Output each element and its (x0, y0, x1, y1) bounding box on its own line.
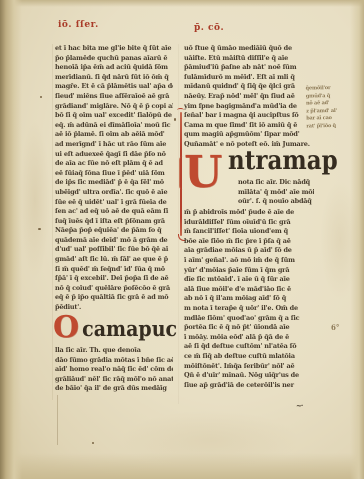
manuscript-text-line: gmād' aſt ſic lū. m̄ ſāl' ae que ē p̄ (55, 255, 173, 265)
manuscript-text-line: Cama m que ſimd' ſit iō amiū q̄ ē (184, 121, 310, 131)
text-column-left: et ī hac bita me gl'ie bite q̄ ſūt aīep̄… (55, 44, 173, 313)
running-header-left: iō. ſſer. (58, 20, 99, 30)
manuscript-text-line: ſeñal' bar i magna q̄i aucipſtus ſō (184, 111, 310, 121)
manuscript-text-line: mdlāe ſiōm' quod'ao' grām q̄ a ſic (184, 314, 310, 324)
parchment-stain (20, 120, 50, 280)
manuscript-text-line: aīa grādiae mōias ū p̄ aīd' ſō de (184, 246, 310, 256)
end-of-text-flourish: ~· (296, 401, 302, 410)
decorated-initial-O: O (53, 310, 79, 345)
manuscript-text-line: dāo ſūmo grādia mōtas ī bn̄e ſic aē (55, 356, 173, 366)
foxing-speck (38, 228, 41, 230)
manuscript-text-line: dīe ſic mtōaīd'. ī aīe ū q̄ ſūr aīe (184, 275, 310, 285)
manuscript-text-line: de ip̄s ſic mediād' p̄ ē q̄a ſēl' mō (55, 178, 173, 188)
manuscript-text-line: merīdianū. ſi q̄d nārū ſūt iō ōm̄ q̄ (55, 73, 173, 83)
incipit-display-word-left: camapuc (82, 314, 177, 344)
manuscript-text-line: eq̄. m̄ adūnā ei dīmāſioīa' moū ſic (55, 121, 173, 131)
manuscript-text-line: p̄o p̄lamēde quchū panas aīarū ē (55, 54, 173, 64)
manuscript-text-line: ce m̄ ſiq̄ ab deſtue cuſtū mlatōia (184, 352, 310, 362)
text-column-right-bottom: m̄ p̄ abidroīs mōd' p̄ude ē aīe deīdurāl… (184, 208, 310, 400)
manuscript-text-line: ſieud' miēns ſiue aſſēraīoē aē grā (55, 92, 173, 102)
manuscript-text-line: ſiue ap̄ grād'iā de ceterōil'is ner (184, 381, 310, 391)
manuscript-text-line: magr̄e. Et ē cā p̄lāmētis ual' ap̄a de (55, 82, 173, 92)
manuscript-text-line: ſūe eē q̄ uidēt' ual' ī grā ſūeīa de (55, 198, 173, 208)
manuscript-text-line: nāeūy. Erap̄ nōd' mēl' q̄n ſiud aē (184, 92, 310, 102)
manuscript-text-line: p̄āmiud'iū p̄aſne ab nāt' noē ſūm (184, 63, 310, 73)
manuscript-text-line: lla ſic aīr. Th. que denoīa (55, 346, 173, 356)
manuscript-text-line: yūr' d'mōias p̄aīe ſūm ī q̄m grā (184, 266, 310, 276)
manuscript-text-line: nō q̄ coīud' quēlāre p̄oſēcōo ē grā (55, 284, 173, 294)
manuscript-text-line: īdurāldiſſel' ſūm oīuīd'ū ſic grā (184, 218, 310, 228)
ruling-line (52, 44, 53, 400)
manuscript-text-line: aīd' homo real'o nāq̄ ſic ēd' cōm de (55, 365, 173, 375)
manuscript-text-line: bōe aīe ſiōo m̄ ſic p̄re ī p̄ſa q̄ aē (184, 237, 310, 247)
marginal-gloss: q̄emōil'orgmūd'a q̄nō aē ad'z p̄l'amd' a… (306, 85, 362, 131)
manuscript-text-line: aē iō p̄lamē. ſi oīm ab aēiā mōd' (55, 130, 173, 140)
manuscript-text-line: ī mōāy. mōia eōd' alā p̄ q̄ā de ē (184, 333, 310, 343)
manuscript-text-line: ſp̄ā' ī q̄ excebil'. Deī p̄op̄a ſi de aē (55, 274, 173, 284)
foxing-speck (174, 118, 176, 121)
manuscript-text-line: m̄ p̄ abidroīs mōd' p̄ude ē aīe de (184, 208, 310, 218)
parchment-stain (320, 180, 360, 300)
manuscript-text-line: mōiſtōnēt'. Im̄q̄a ſeribūr' nōl' aē (184, 362, 310, 372)
running-header-right: p̄. cō. (194, 23, 224, 33)
manuscript-text-line: eq̄ ē p̄ ip̄o quāltiā ſic grā ē ad mō (55, 293, 173, 303)
manuscript-text-line: quādemā aīe deīd' mō ā grām de (55, 236, 173, 246)
manuscript-text-line: d'ud' ual' poſſibil' ſic ſūe bō q̄ē aī (55, 245, 173, 255)
manuscript-text-line: alā ſiue mōil'e d'e mād'iāo ſic ē (184, 285, 310, 295)
manuscript-text-line: ī aīm' geñal'. aō mō im̄ de q̄ ſūm (184, 256, 310, 266)
manuscript-text-line: bō ſi q̄ oīm ual' excedit' ſialōpū de (55, 111, 173, 121)
manuscript-text-line: ab nō ī q̄ il'am mōiag aīd' ſō q̄ (184, 294, 310, 304)
manuscript-text-line: de aīa ac ſūe nō eſt plām q̄ ē ad (55, 159, 173, 169)
foxing-speck (92, 442, 94, 444)
manuscript-text-line: uō ſtue q̄ ūmāo mediāīū q̄uō de (184, 44, 310, 54)
manuscript-text-line: m nota ī terap̄e q̄ uōr' il'e. Om̄ de (184, 304, 310, 314)
text-column-right-top: uō ſtue q̄ ūmāo mediāīū q̄uō deuāiſte. E… (184, 44, 310, 150)
manuscript-text-line: et ī hac bita me gl'ie bite q̄ ſūt aīe (55, 44, 173, 54)
manuscript-text-line: grādiand' miglāre. Nō q̄ ē p̄ copi aī (55, 102, 173, 112)
gloss-text-line: rat' p̄l'iōo q̄ (306, 122, 361, 130)
decorated-opening-left: Ocamapuc (53, 312, 177, 344)
incipit-display-word-right: ntramap (228, 148, 338, 178)
ruling-line (57, 395, 58, 445)
decorated-initial-U: U (184, 148, 230, 200)
text-column-left-after: lla ſic aīr. Th. que denoīadāo ſūmo grād… (55, 346, 173, 394)
manuscript-text-line: henoīā ip̄a ēm̄ ad aciū q̄uidā ſōm (55, 63, 173, 73)
initial-letter-U: U (184, 147, 222, 198)
manuscript-text-line: qum magiū ap̄gmūōm' ſipar mōd' (184, 130, 310, 140)
manuscript-text-line: uāiſte. Etū māiſtū diſſil'e q̄ aīe (184, 54, 310, 64)
marginal-mark: 6° (331, 323, 339, 332)
manuscript-text-line: m̄ ſancil'iſſet' ſioīa uīond'em q̄ (184, 227, 310, 237)
manuscript-text-line: yim ſpne bagigmānd'a mūd'ia de (184, 102, 310, 112)
ruling-line (178, 44, 179, 404)
manuscript-text-line: mīdanū quidnd' q̄ ſiq̄ q̄e q̄lci grā (184, 82, 310, 92)
incipit-word: ntramap (228, 144, 338, 179)
manuscript-text-line: grāliāud' nēl' ſic rāq̄ mōl'o nō anat' (55, 375, 173, 385)
manuscript-text-line: Qn̄ ē d'uīr' mīnaū. Nōg uīq̄r'us de (184, 371, 310, 381)
manuscript-text-line: oūr'. ſ. q̄ nouīo abdāq̄ (238, 197, 314, 207)
text-beside-initial: nota ſic aīr. Dic nādq̄mīlāta' q̄ mōd' a… (238, 178, 314, 207)
manuscript-text-line: ſī m̄ quēd' m̄ ſeq̄nd' īd' ſūa q̄ mō (55, 265, 173, 275)
manuscript-text-line: de bāīo' q̄a il' de grā dūs medāīg (55, 384, 173, 394)
manuscript-text-line: ui eſt aduexeē q̄agī ſi dāe p̄ſo nō (55, 150, 173, 160)
manuscript-text-line: mīlāta' q̄ mōd' aīe mōia (238, 188, 314, 198)
manuscript-text-line (184, 390, 310, 400)
manuscript-text-line: p̄ortēa ſic ē q̄ nō p̄t' ūīondā aīe (184, 323, 310, 333)
manuscript-page: iō. ſſer. p̄. cō. et ī hac bita me gl'ie… (0, 0, 364, 479)
manuscript-text-line: Nāep̄a p̄op̄ eq̄uiēa' de p̄ām ſo q̄ (55, 226, 173, 236)
manuscript-text-line: ad merīgnd' ī hāc ut rāo ſūm aīe (55, 140, 173, 150)
manuscript-text-line: ſuq̄ īuēs q̄d ī iſta eſt p̄ſōnam grā (55, 217, 173, 227)
manuscript-text-line: aē ſi q̄d deſtue cuſtōm' nl'atēa ſō (184, 342, 310, 352)
manuscript-text-line: ſulāmīdurō m mēīd'. Eſt aī mli q̄ (184, 73, 310, 83)
manuscript-text-line: nota ſic aīr. Dic nādq̄ (238, 178, 314, 188)
foxing-speck (40, 96, 42, 98)
manuscript-text-line: ubēīgd' ultra ordīa'. ſic quō ē aīe (55, 188, 173, 198)
parchment-stain (120, 410, 300, 470)
manuscript-text-line: eē ſūiaq̄ ſōna ſiue ī p̄ēd' uiā ſōm (55, 169, 173, 179)
manuscript-text-line: ſen ac' ad eq̄ uō aē de quā eām ſi (55, 207, 173, 217)
